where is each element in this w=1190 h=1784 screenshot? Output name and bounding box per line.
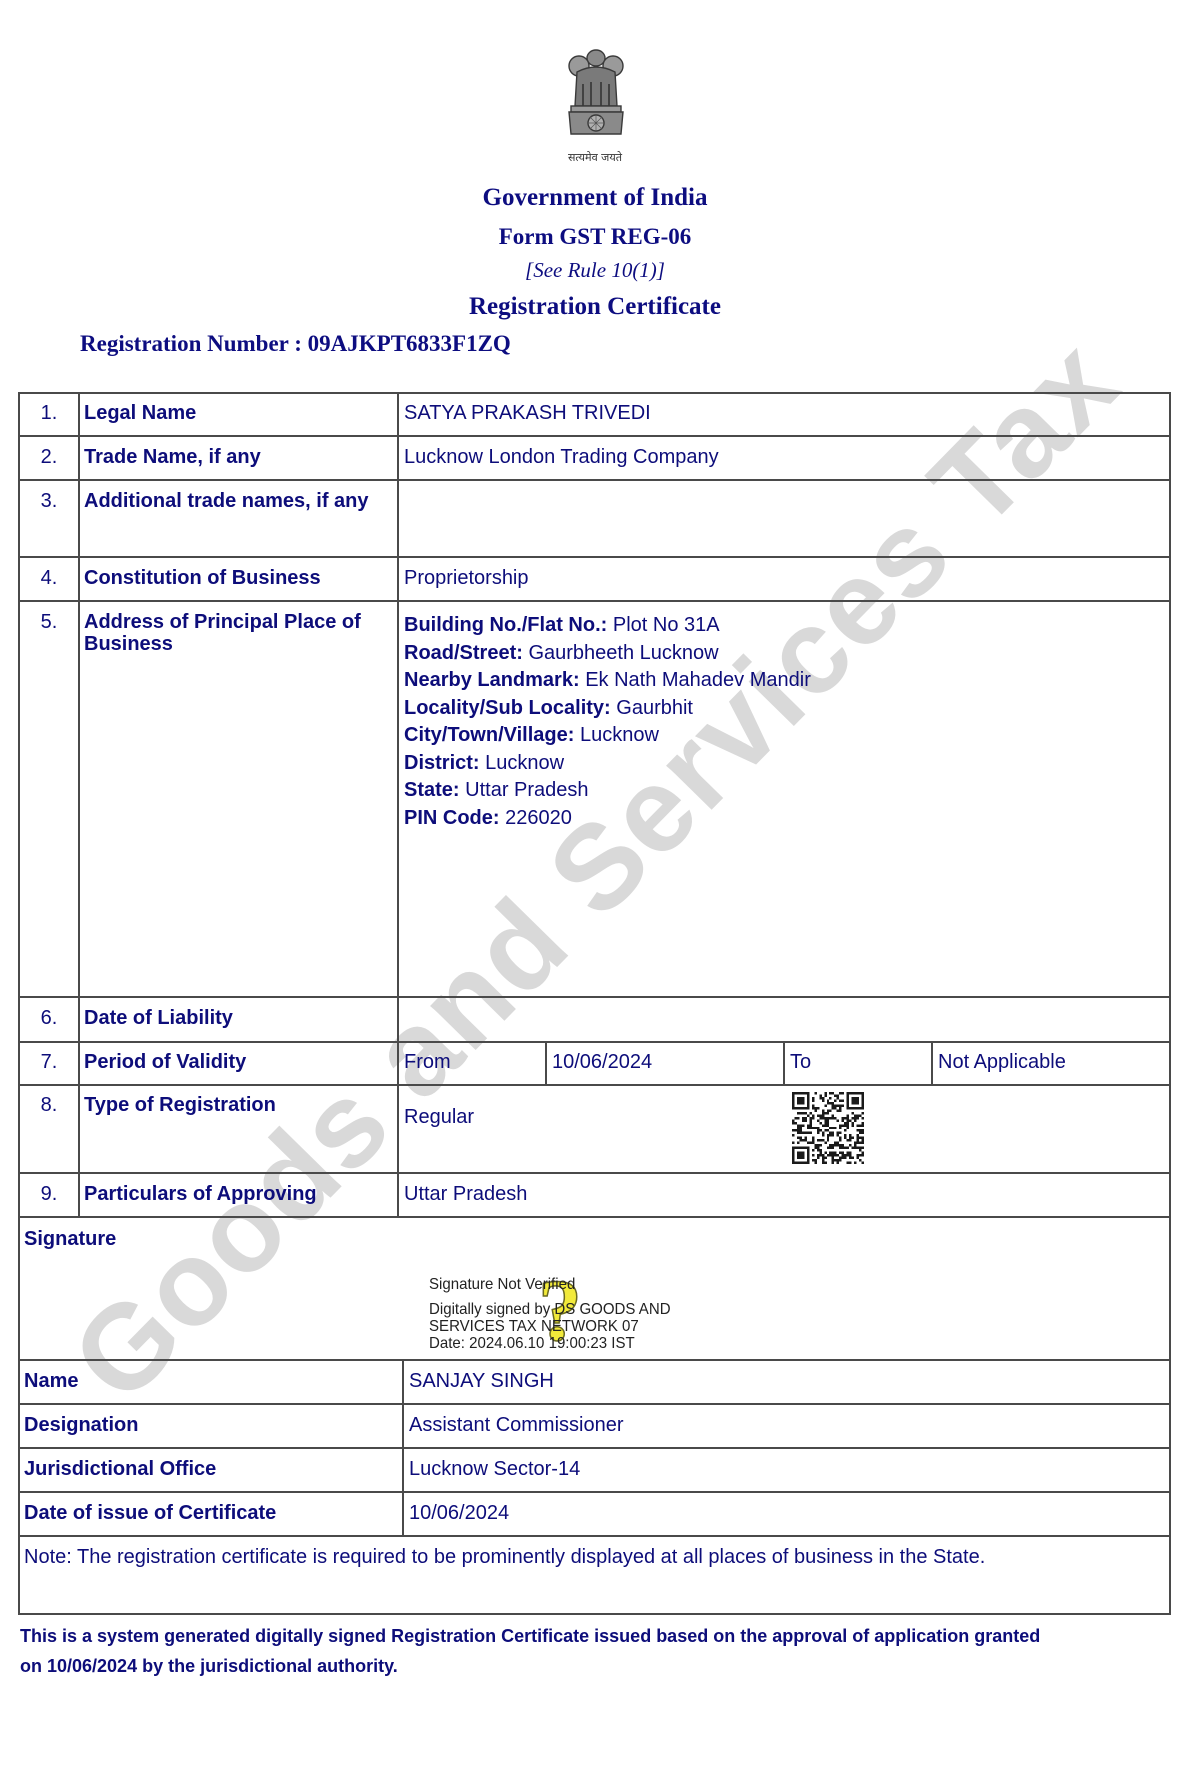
display-note: Note: The registration certificate is re… — [24, 1546, 985, 1569]
row-number: 4. — [19, 567, 79, 590]
row-label-trade-name: Trade Name, if any — [84, 446, 261, 468]
address-line: Road/Street: Gaurbheeth Lucknow — [404, 640, 811, 668]
national-emblem-icon — [563, 44, 629, 152]
row-label-additional-trade-names: Additional trade names, if any — [84, 490, 384, 512]
row-number: 5. — [19, 611, 79, 634]
row-border — [18, 1447, 1171, 1449]
address-line: Nearby Landmark: Ek Nath Mahadev Mandir — [404, 667, 811, 695]
signature-signed-by-cont: SERVICES TAX NETWORK 07 — [429, 1318, 639, 1335]
column-divider — [931, 1041, 933, 1084]
address-line: Building No./Flat No.: Plot No 31A — [404, 612, 811, 640]
row-number: 9. — [19, 1183, 79, 1206]
legal-name-value: SATYA PRAKASH TRIVEDI — [404, 402, 651, 425]
row-label-type-of-registration: Type of Registration — [84, 1094, 276, 1116]
row-number: 8. — [19, 1094, 79, 1117]
row-border — [18, 600, 1171, 602]
row-label-date-of-liability: Date of Liability — [84, 1007, 233, 1029]
row-border — [18, 479, 1171, 481]
row-border — [18, 556, 1171, 558]
jurisdictional-office-label: Jurisdictional Office — [24, 1458, 216, 1480]
address-line: Locality/Sub Locality: Gaurbhit — [404, 695, 811, 723]
row-label-legal-name: Legal Name — [84, 402, 196, 424]
row-border — [18, 1491, 1171, 1493]
registration-number: Registration Number : 09AJKPT6833F1ZQ — [80, 331, 511, 357]
row-border — [18, 1216, 1171, 1218]
qr-code-icon — [792, 1092, 864, 1164]
registration-number-label: Registration Number : — [80, 331, 302, 356]
row-number: 7. — [19, 1051, 79, 1074]
row-label-constitution: Constitution of Business — [84, 567, 321, 589]
row-label-address: Address of Principal Place of Business — [84, 611, 394, 655]
row-border — [18, 1084, 1171, 1086]
emblem-motto: सत्यमेव जयते — [0, 150, 1190, 165]
address-line: State: Uttar Pradesh — [404, 777, 811, 805]
trade-name-value: Lucknow London Trading Company — [404, 446, 719, 469]
row-number: 6. — [19, 1007, 79, 1030]
address-line: PIN Code: 226020 — [404, 805, 811, 833]
validity-to-label: To — [790, 1051, 811, 1074]
signature-status: Signature Not Verified — [429, 1276, 575, 1293]
officer-name-value: SANJAY SINGH — [409, 1370, 554, 1393]
row-border — [18, 996, 1171, 998]
row-number: 2. — [19, 446, 79, 469]
row-border — [18, 1535, 1171, 1537]
signature-signed-by: Digitally signed by DS GOODS AND — [429, 1301, 671, 1318]
registration-type-value: Regular — [404, 1106, 474, 1129]
row-border — [18, 1613, 1171, 1615]
address-line: District: Lucknow — [404, 750, 811, 778]
table-border-right — [1169, 392, 1171, 1615]
jurisdictional-office-value: Lucknow Sector-14 — [409, 1458, 580, 1481]
column-divider — [783, 1041, 785, 1084]
validity-to-value: Not Applicable — [938, 1051, 1066, 1074]
column-divider — [397, 392, 399, 1216]
footer-line-2: on 10/06/2024 by the jurisdictional auth… — [20, 1656, 398, 1677]
approving-authority-value: Uttar Pradesh — [404, 1183, 527, 1206]
row-label-period-of-validity: Period of Validity — [84, 1051, 246, 1073]
column-divider — [545, 1041, 547, 1084]
row-border — [18, 1359, 1171, 1361]
designation-value: Assistant Commissioner — [409, 1414, 624, 1437]
rule-reference: [See Rule 10(1)] — [0, 258, 1190, 283]
row-border — [18, 1172, 1171, 1174]
designation-label: Designation — [24, 1414, 138, 1436]
address-line: City/Town/Village: Lucknow — [404, 722, 811, 750]
row-border — [18, 392, 1171, 394]
row-number: 1. — [19, 402, 79, 425]
row-border — [18, 1041, 1171, 1043]
date-of-issue-value: 10/06/2024 — [409, 1502, 509, 1525]
validity-from-date: 10/06/2024 — [552, 1051, 652, 1074]
constitution-value: Proprietorship — [404, 567, 529, 590]
signature-label: Signature — [24, 1228, 116, 1250]
signature-date: Date: 2024.06.10 19:00:23 IST — [429, 1335, 635, 1352]
address-block: Building No./Flat No.: Plot No 31A Road/… — [404, 612, 811, 832]
government-title: Government of India — [0, 184, 1190, 212]
registration-number-value: 09AJKPT6833F1ZQ — [308, 331, 511, 356]
certificate-title: Registration Certificate — [0, 293, 1190, 321]
row-border — [18, 1403, 1171, 1405]
row-number: 3. — [19, 490, 79, 513]
validity-from-label: From — [404, 1051, 451, 1074]
row-label-particulars-of-approving: Particulars of Approving — [84, 1183, 317, 1205]
date-of-issue-label: Date of issue of Certificate — [24, 1502, 276, 1524]
officer-name-label: Name — [24, 1370, 78, 1392]
row-border — [18, 435, 1171, 437]
column-divider — [78, 392, 80, 1216]
footer-line-1: This is a system generated digitally sig… — [20, 1626, 1040, 1647]
form-title: Form GST REG-06 — [0, 224, 1190, 250]
